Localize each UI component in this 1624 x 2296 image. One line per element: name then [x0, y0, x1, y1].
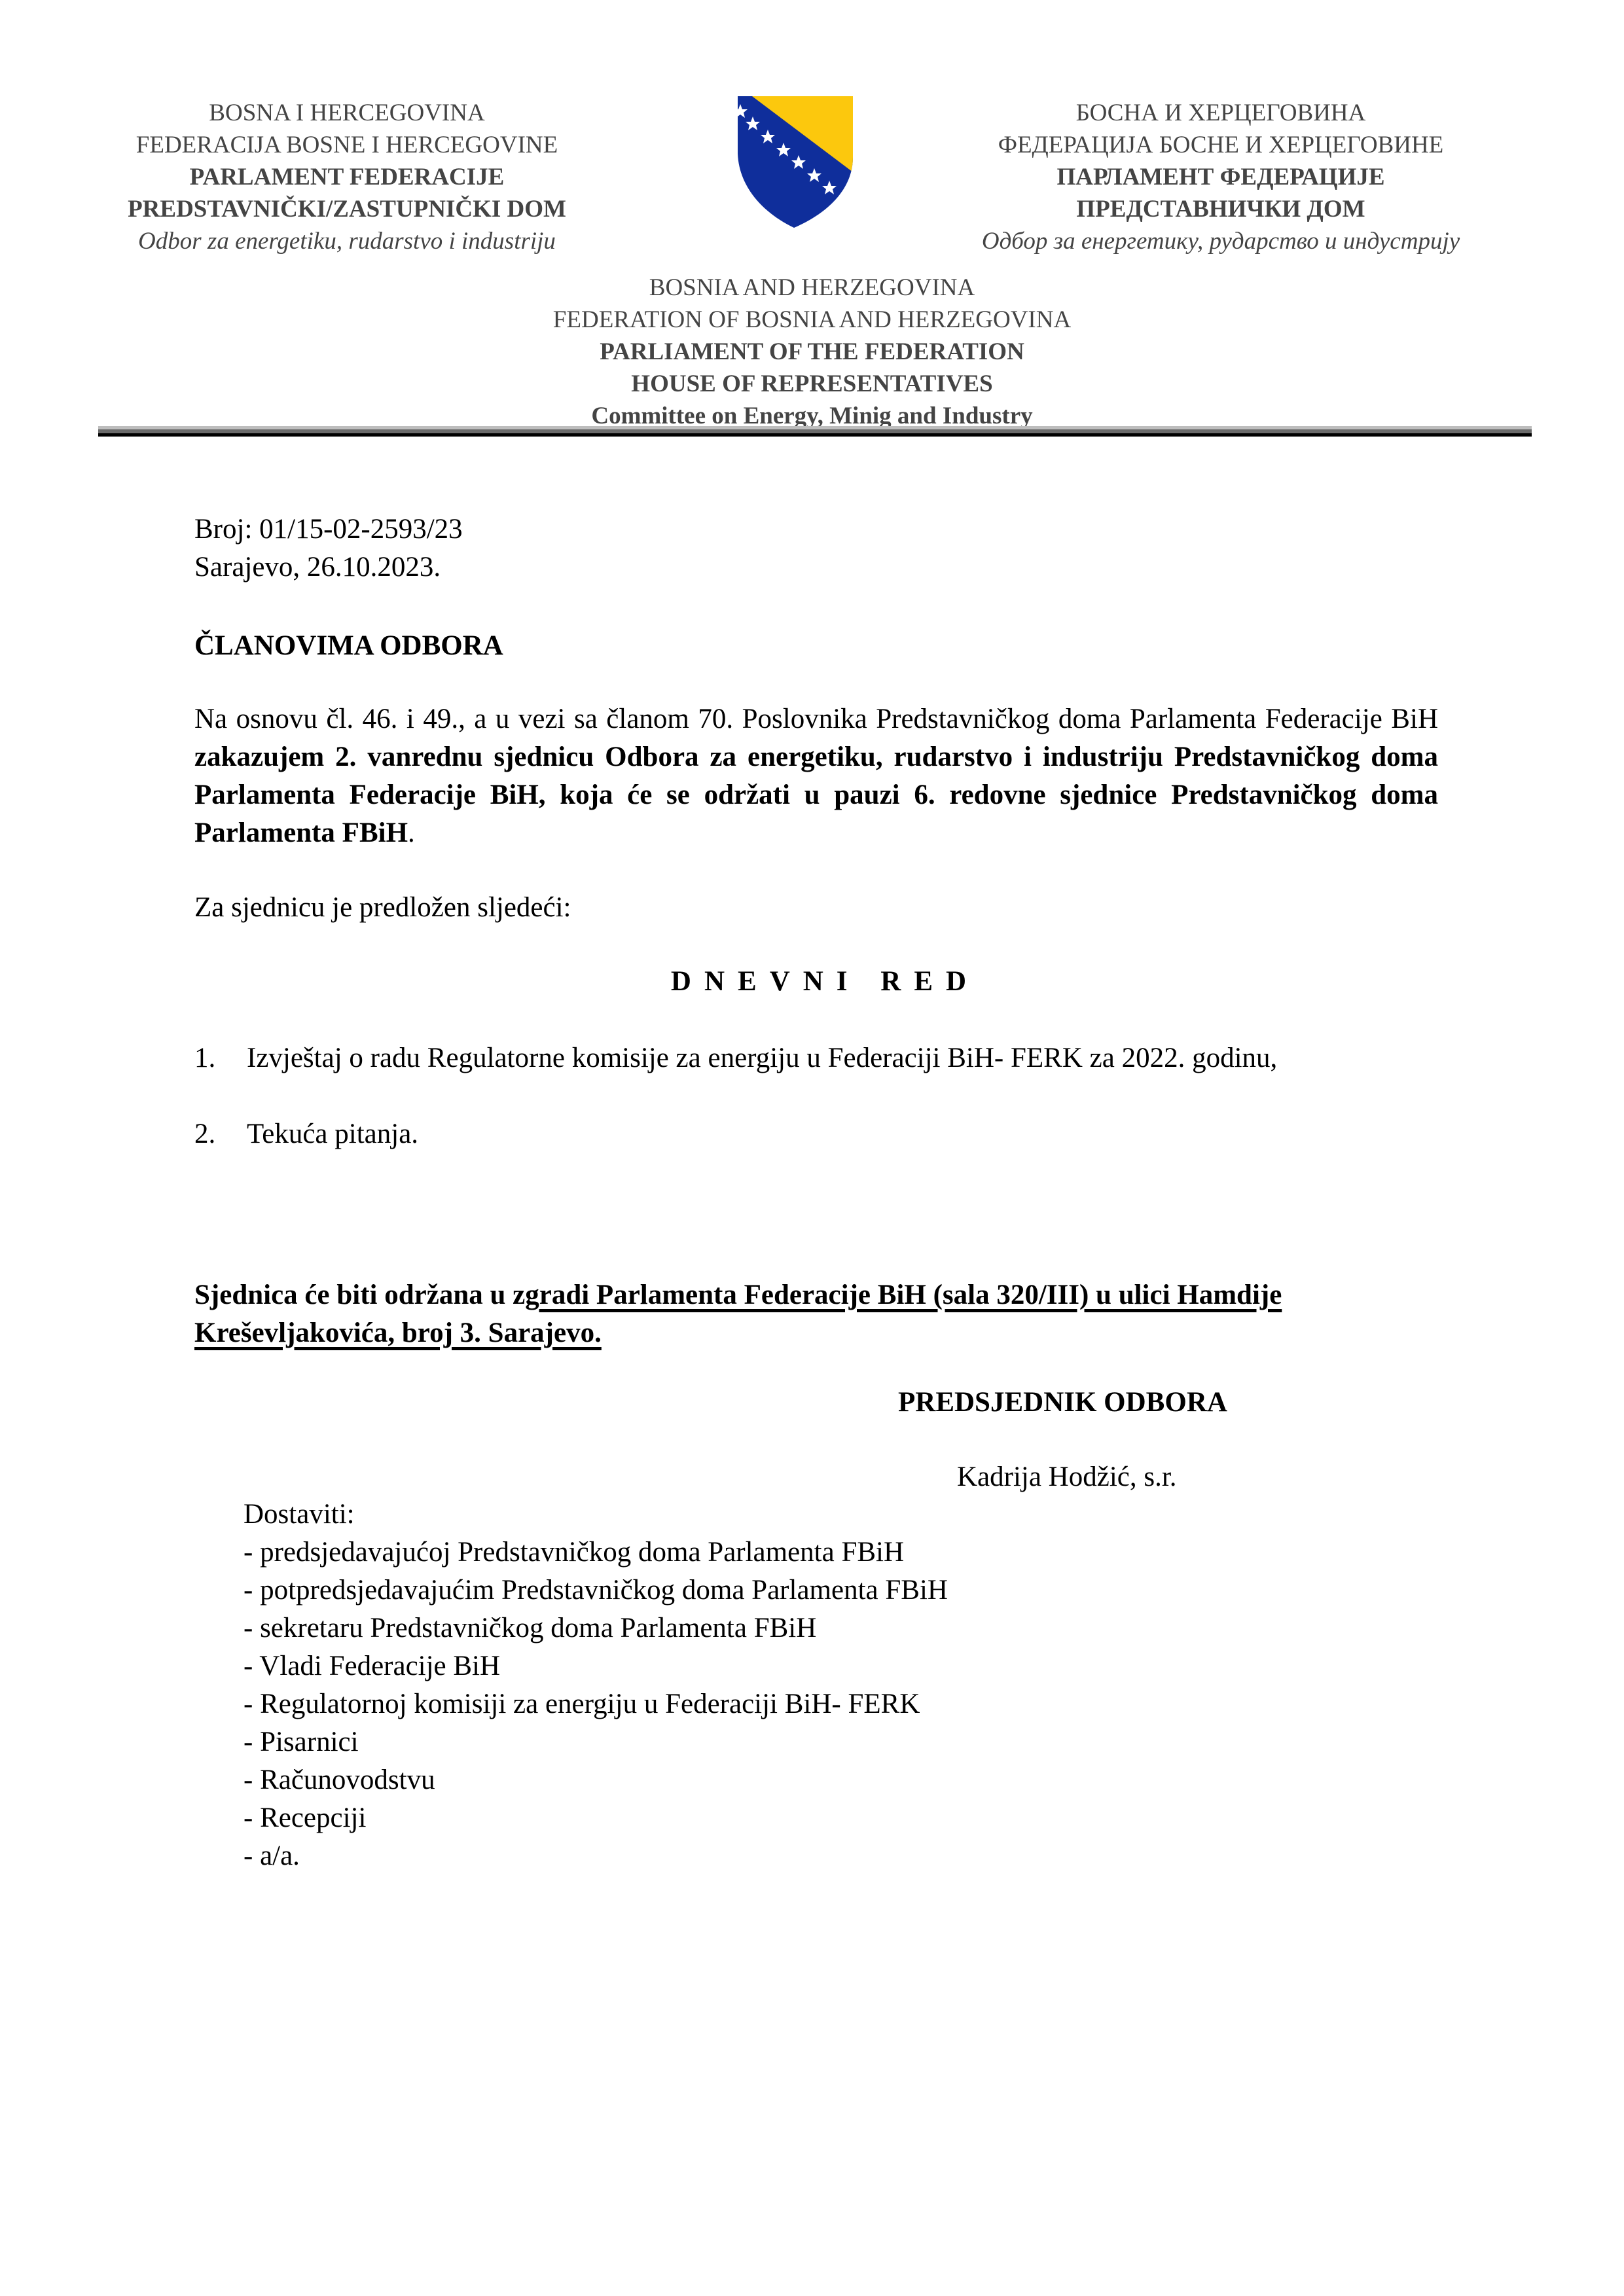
agenda-item-text: Izvještaj o radu Regulatorne komisije za… — [247, 1039, 1438, 1077]
country-name-cyrillic: БОСНА И ХЕРЦЕГОВИНА — [916, 97, 1525, 129]
agenda-list: 1. Izvještaj o radu Regulatorne komisije… — [194, 1039, 1438, 1191]
agenda-item: 1. Izvještaj o radu Regulatorne komisije… — [194, 1039, 1438, 1077]
signature-title: PREDSJEDNIK ODBORA — [898, 1386, 1227, 1418]
parliament-name-cyrillic: ПАРЛАМЕНТ ФЕДЕРАЦИЈЕ — [916, 161, 1525, 193]
house-name-latin: PREDSTAVNIČKI/ZASTUPNIČKI DOM — [98, 193, 596, 225]
venue-text-plain: Sjednica će biti održana u z — [194, 1280, 525, 1310]
agenda-item-text: Tekuća pitanja. — [247, 1115, 1438, 1153]
intro-text-bold: zakazujem 2. vanrednu sjednicu Odbora za… — [194, 742, 1438, 848]
intro-text-plain: Na osnovu čl. 46. i 49., a u vezi sa čla… — [194, 704, 1438, 734]
letterhead-center: BOSNIA AND HERZEGOVINA FEDERATION OF BOS… — [0, 272, 1624, 432]
intro-text-end: . — [408, 817, 415, 848]
intro-paragraph: Na osnovu čl. 46. i 49., a u vezi sa čla… — [194, 700, 1438, 852]
distribution-item: - potpredsjedavajućim Predstavničkog dom… — [244, 1571, 948, 1609]
distribution-item: - sekretaru Predstavničkog doma Parlamen… — [244, 1609, 948, 1647]
proposed-agenda-line: Za sjednicu je predložen sljedeći: — [194, 889, 1438, 927]
agenda-item: 2. Tekuća pitanja. — [194, 1115, 1438, 1153]
venue-paragraph: Sjednica će biti održana u zgradi Parlam… — [194, 1276, 1438, 1352]
distribution-list: Dostaviti: - predsjedavajućoj Predstavni… — [244, 1496, 948, 1875]
house-name-cyrillic: ПРЕДСТАВНИЧКИ ДОМ — [916, 193, 1525, 225]
distribution-item: - Pisarnici — [244, 1723, 948, 1761]
letterhead-left: BOSNA I HERCEGOVINA FEDERACIJA BOSNE I H… — [98, 97, 596, 257]
distribution-item: - Regulatornoj komisiji za energiju u Fe… — [244, 1685, 948, 1723]
committee-name-latin: Odbor za energetiku, rudarstvo i industr… — [98, 225, 596, 257]
distribution-item: - a/a. — [244, 1837, 948, 1875]
signature-name: Kadrija Hodžić, s.r. — [957, 1461, 1177, 1493]
reference-block: Broj: 01/15-02-2593/23 Sarajevo, 26.10.2… — [194, 511, 1438, 586]
letterhead-right: БОСНА И ХЕРЦЕГОВИНА ФЕДЕРАЦИЈА БОСНЕ И Х… — [916, 97, 1525, 257]
addressee: ČLANOVIMA ODBORA — [194, 627, 1438, 665]
federation-name-cyrillic: ФЕДЕРАЦИЈА БОСНЕ И ХЕРЦЕГОВИНЕ — [916, 129, 1525, 161]
country-name-latin: BOSNA I HERCEGOVINA — [98, 97, 596, 129]
parliament-name-latin: PARLAMENT FEDERACIJE — [98, 161, 596, 193]
bih-coat-of-arms-icon — [736, 95, 854, 229]
agenda-item-number: 1. — [194, 1039, 247, 1077]
place-date: Sarajevo, 26.10.2023. — [194, 548, 1438, 586]
committee-name-cyrillic: Одбор за енергетику, рударство и индустр… — [916, 225, 1525, 257]
agenda-item-number: 2. — [194, 1115, 247, 1153]
distribution-item: - Vladi Federacije BiH — [244, 1647, 948, 1685]
parliament-name-english: PARLIAMENT OF THE FEDERATION — [0, 336, 1624, 368]
agenda-title: DNEVNI RED — [0, 965, 1624, 997]
distribution-item: - predsjedavajućoj Predstavničkog doma P… — [244, 1534, 948, 1571]
federation-name-english: FEDERATION OF BOSNIA AND HERZEGOVINA — [0, 304, 1624, 336]
country-name-english: BOSNIA AND HERZEGOVINA — [0, 272, 1624, 304]
house-name-english: HOUSE OF REPRESENTATIVES — [0, 368, 1624, 400]
distribution-label: Dostaviti: — [244, 1496, 948, 1534]
distribution-item: - Računovodstvu — [244, 1761, 948, 1799]
header-divider-dark — [98, 433, 1532, 437]
federation-name-latin: FEDERACIJA BOSNE I HERCEGOVINE — [98, 129, 596, 161]
reference-number: Broj: 01/15-02-2593/23 — [194, 511, 1438, 548]
distribution-item: - Recepciji — [244, 1799, 948, 1837]
